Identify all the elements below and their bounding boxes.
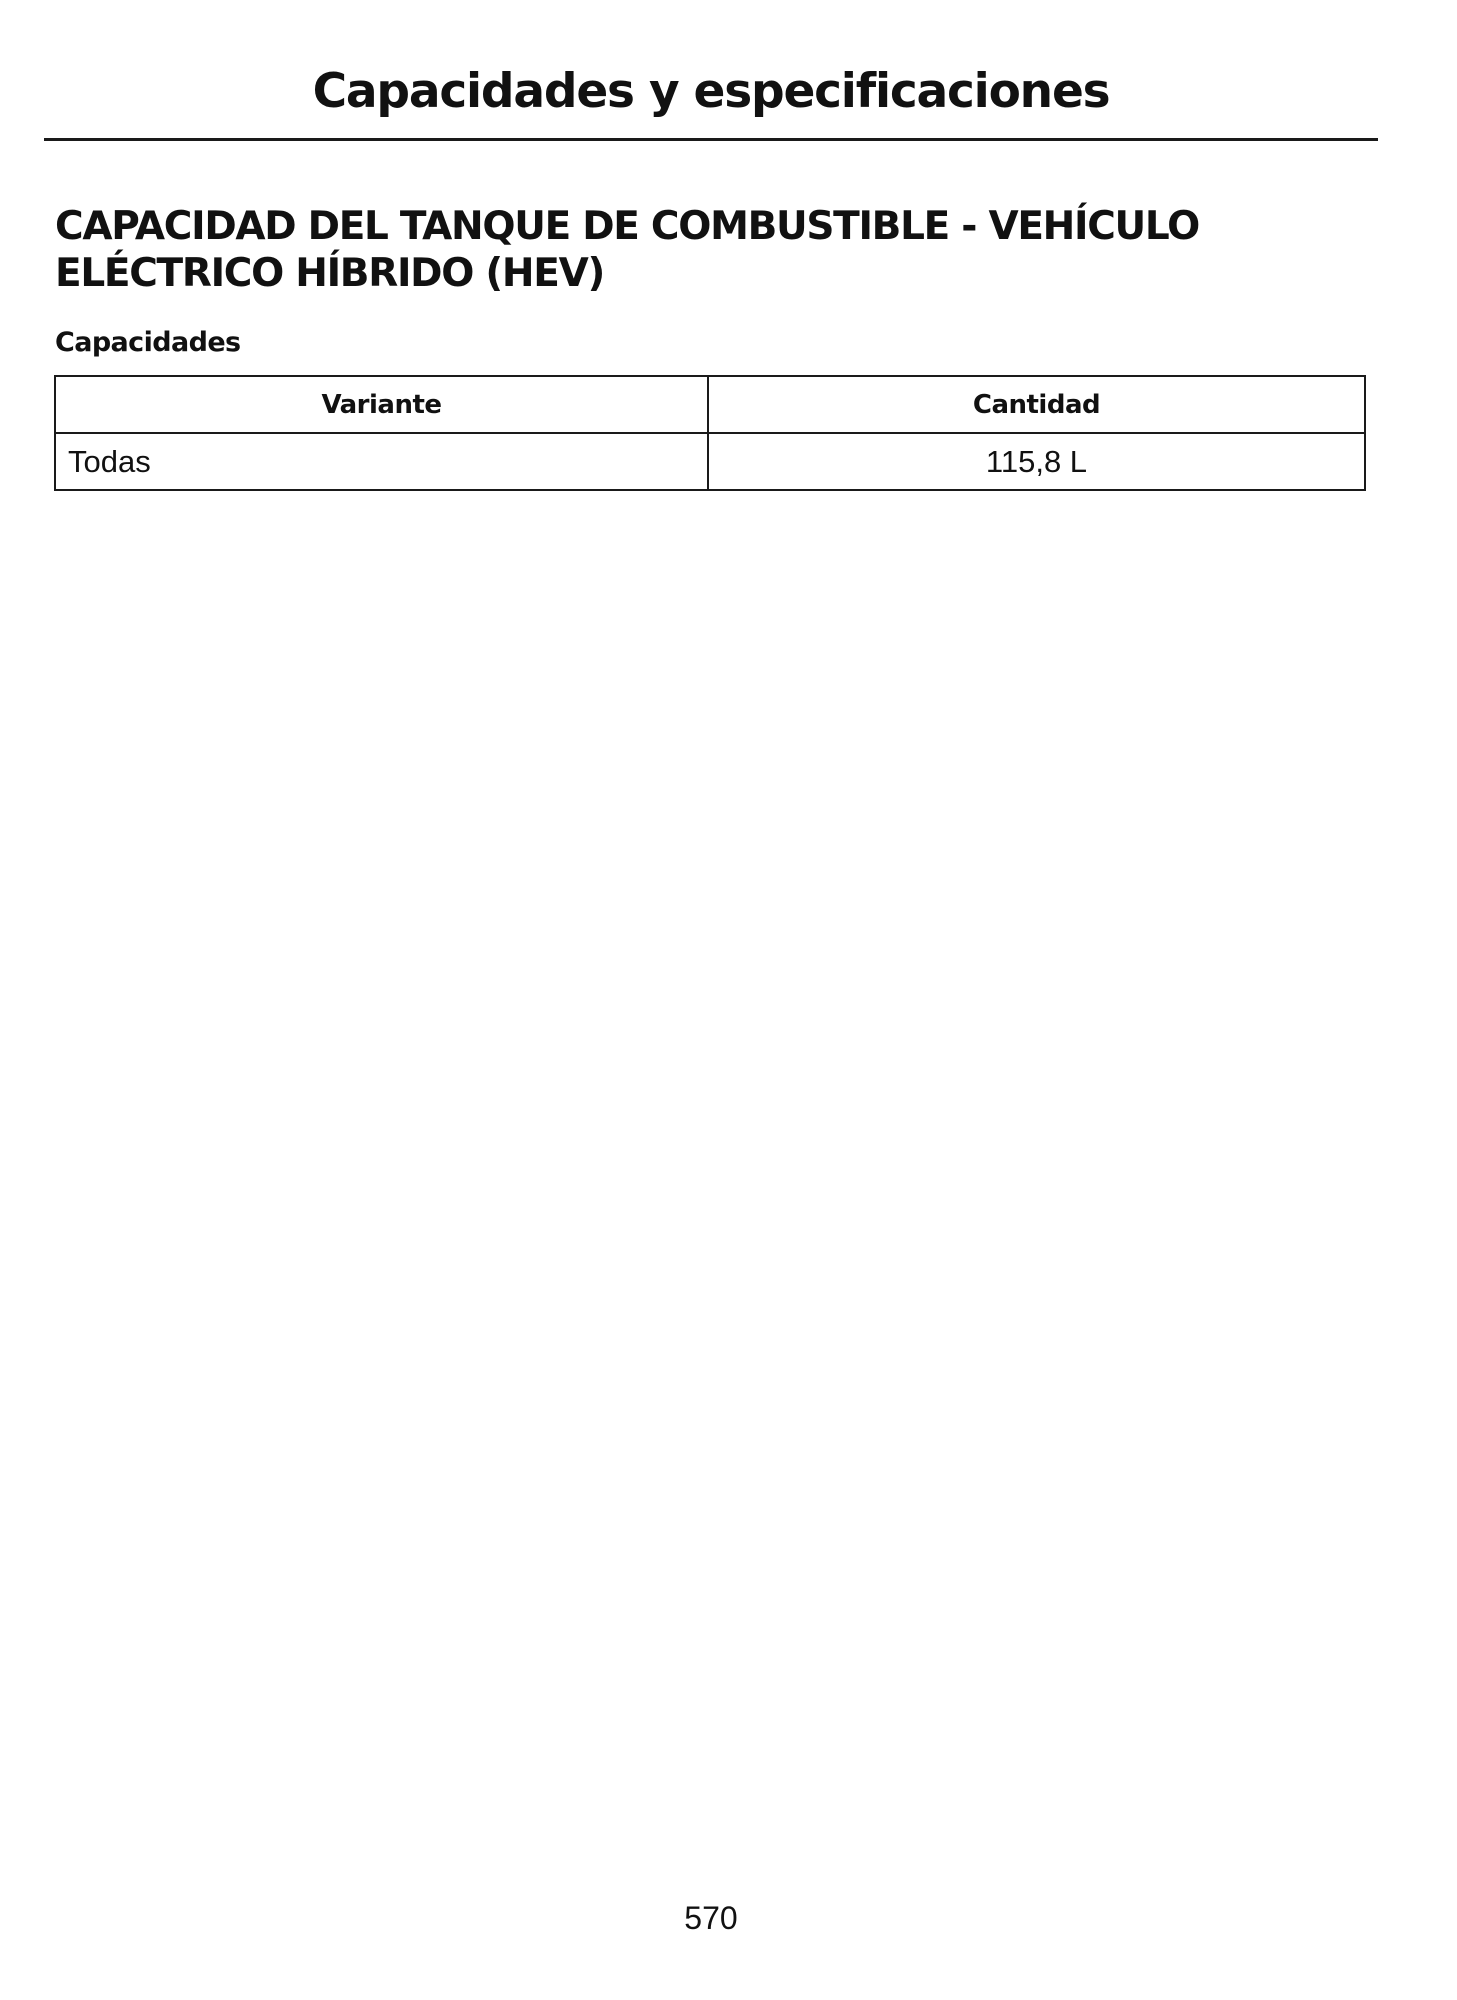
column-header-variante: Variante (55, 376, 708, 433)
section-heading: CAPACIDAD DEL TANQUE DE COMBUSTIBLE - VE… (55, 203, 1355, 297)
page-title: Capacidades y especificaciones (0, 62, 1422, 122)
capacities-table: Variante Cantidad Todas 115,8 L (54, 375, 1366, 491)
page-number: 570 (0, 1898, 1422, 1938)
cell-cantidad: 115,8 L (708, 433, 1365, 490)
table-caption: Capacidades (55, 325, 241, 361)
title-divider (44, 138, 1378, 141)
cell-variante: Todas (55, 433, 708, 490)
table-header-row: Variante Cantidad (55, 376, 1365, 433)
table-row: Todas 115,8 L (55, 433, 1365, 490)
column-header-cantidad: Cantidad (708, 376, 1365, 433)
